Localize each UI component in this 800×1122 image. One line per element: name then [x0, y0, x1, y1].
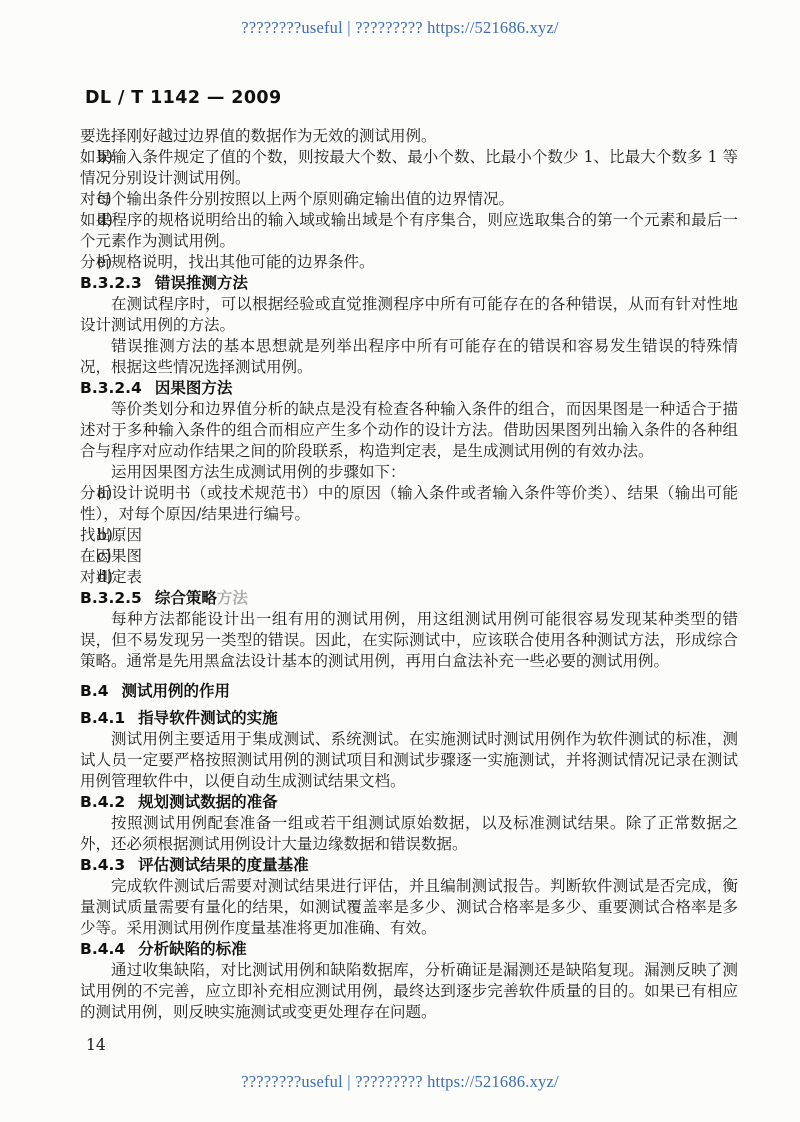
section-heading: B.4.1指导软件测试的实施 [80, 708, 738, 729]
paragraph: 测试用例主要适用于集成测试、系统测试。在实施测试时测试用例作为软件测试的标准，测… [80, 729, 738, 792]
watermark-footer: ????????useful | ????????? https://52168… [0, 1072, 800, 1092]
heading-title: 规划测试数据的准备 [138, 793, 278, 811]
list-marker: c) [97, 546, 112, 567]
section-heading: B.3.2.3错误推测方法 [80, 273, 738, 294]
heading-title: 指导软件测试的实施 [138, 709, 278, 727]
heading-title: 错误推测方法 [155, 274, 248, 292]
list-item: e)分析规格说明，找出其他可能的边界条件。 [80, 252, 738, 273]
list-item: c)在因果图 [80, 546, 738, 567]
list-item: d)对判定表 [80, 567, 738, 588]
heading-number: B.4 [80, 682, 109, 700]
page-number: 14 [86, 1036, 106, 1054]
heading-number: B.3.2.3 [80, 274, 142, 292]
list-item-text: 如果输入条件规定了值的个数，则按最大个数、最小个数、比最小个数少 1、比最大个数… [80, 148, 738, 187]
list-item-text: 如果程序的规格说明给出的输入域或输出域是个有序集合，则应选取集合的第一个元素和最… [80, 211, 738, 250]
section-heading: B.3.2.4因果图方法 [80, 378, 738, 399]
list-marker: e) [97, 252, 112, 273]
section-heading: B.3.2.5综合策略方法 [80, 588, 738, 609]
list-item: a)分析设计说明书（或技术规范书）中的原因（输入条件或者输入条件等价类）、结果（… [80, 483, 738, 525]
list-marker: b) [97, 525, 113, 546]
heading-title: 测试用例的作用 [122, 682, 231, 700]
heading-number: B.3.2.4 [80, 379, 142, 397]
section-heading: B.4.4分析缺陷的标准 [80, 939, 738, 960]
heading-number: B.4.2 [80, 793, 125, 811]
heading-number: B.4.3 [80, 856, 125, 874]
list-marker: a) [97, 483, 112, 504]
heading-number: B.4.4 [80, 940, 125, 958]
list-marker: d) [97, 210, 113, 231]
list-item: b)如果输入条件规定了值的个数，则按最大个数、最小个数、比最小个数少 1、比最大… [80, 147, 738, 189]
list-item-text: 分析规格说明，找出其他可能的边界条件。 [80, 253, 375, 271]
standard-number: DL / T 1142 — 2009 [85, 88, 282, 108]
section-heading: B.4测试用例的作用 [80, 681, 738, 702]
list-marker: c) [97, 189, 112, 210]
heading-title-faded: 方法 [217, 589, 248, 607]
list-item: c)对每个输出条件分别按照以上两个原则确定输出值的边界情况。 [80, 189, 738, 210]
list-item-text: 分析设计说明书（或技术规范书）中的原因（输入条件或者输入条件等价类）、结果（输出… [80, 484, 738, 523]
paragraph: 错误推测方法的基本思想就是列举出程序中所有可能存在的错误和容易发生错误的特殊情况… [80, 336, 738, 378]
paragraph: 等价类划分和边界值分析的缺点是没有检查各种输入条件的组合，而因果图是一种适合于描… [80, 399, 738, 462]
section-heading: B.4.3评估测试结果的度量基准 [80, 855, 738, 876]
list-marker: d) [97, 567, 113, 588]
heading-title: 评估测试结果的度量基准 [138, 856, 309, 874]
list-item: b)找出原因 [80, 525, 738, 546]
paragraph: 运用因果图方法生成测试用例的步骤如下： [80, 462, 738, 483]
scanned-document-page: ????????useful | ????????? https://52168… [0, 0, 800, 1122]
list-marker: b) [97, 147, 113, 168]
list-item-text: 对每个输出条件分别按照以上两个原则确定输出值的边界情况。 [80, 190, 514, 208]
paragraph: 完成软件测试后需要对测试结果进行评估，并且编制测试报告。判断软件测试是否完成，衡… [80, 876, 738, 939]
paragraph: 每种方法都能设计出一组有用的测试用例，用这组测试用例可能很容易发现某种类型的错误… [80, 609, 738, 672]
heading-title: 因果图方法 [155, 379, 233, 397]
heading-title: 分析缺陷的标准 [138, 940, 247, 958]
paragraph: 在测试程序时，可以根据经验或直觉推测程序中所有可能存在的各种错误，从而有针对性地… [80, 294, 738, 336]
paragraph-continuation: 要选择刚好越过边界值的数据作为无效的测试用例。 [80, 126, 738, 147]
section-heading: B.4.2规划测试数据的准备 [80, 792, 738, 813]
heading-number: B.4.1 [80, 709, 125, 727]
document-content: 要选择刚好越过边界值的数据作为无效的测试用例。b)如果输入条件规定了值的个数，则… [80, 126, 738, 1023]
paragraph: 通过收集缺陷，对比测试用例和缺陷数据库，分析确证是漏测还是缺陷复现。漏测反映了测… [80, 960, 738, 1023]
list-item: d)如果程序的规格说明给出的输入域或输出域是个有序集合，则应选取集合的第一个元素… [80, 210, 738, 252]
heading-title: 综合策略 [155, 589, 217, 607]
paragraph: 按照测试用例配套准备一组或若干组测试原始数据，以及标准测试结果。除了正常数据之外… [80, 813, 738, 855]
watermark-header: ????????useful | ????????? https://52168… [0, 18, 800, 38]
heading-number: B.3.2.5 [80, 589, 142, 607]
